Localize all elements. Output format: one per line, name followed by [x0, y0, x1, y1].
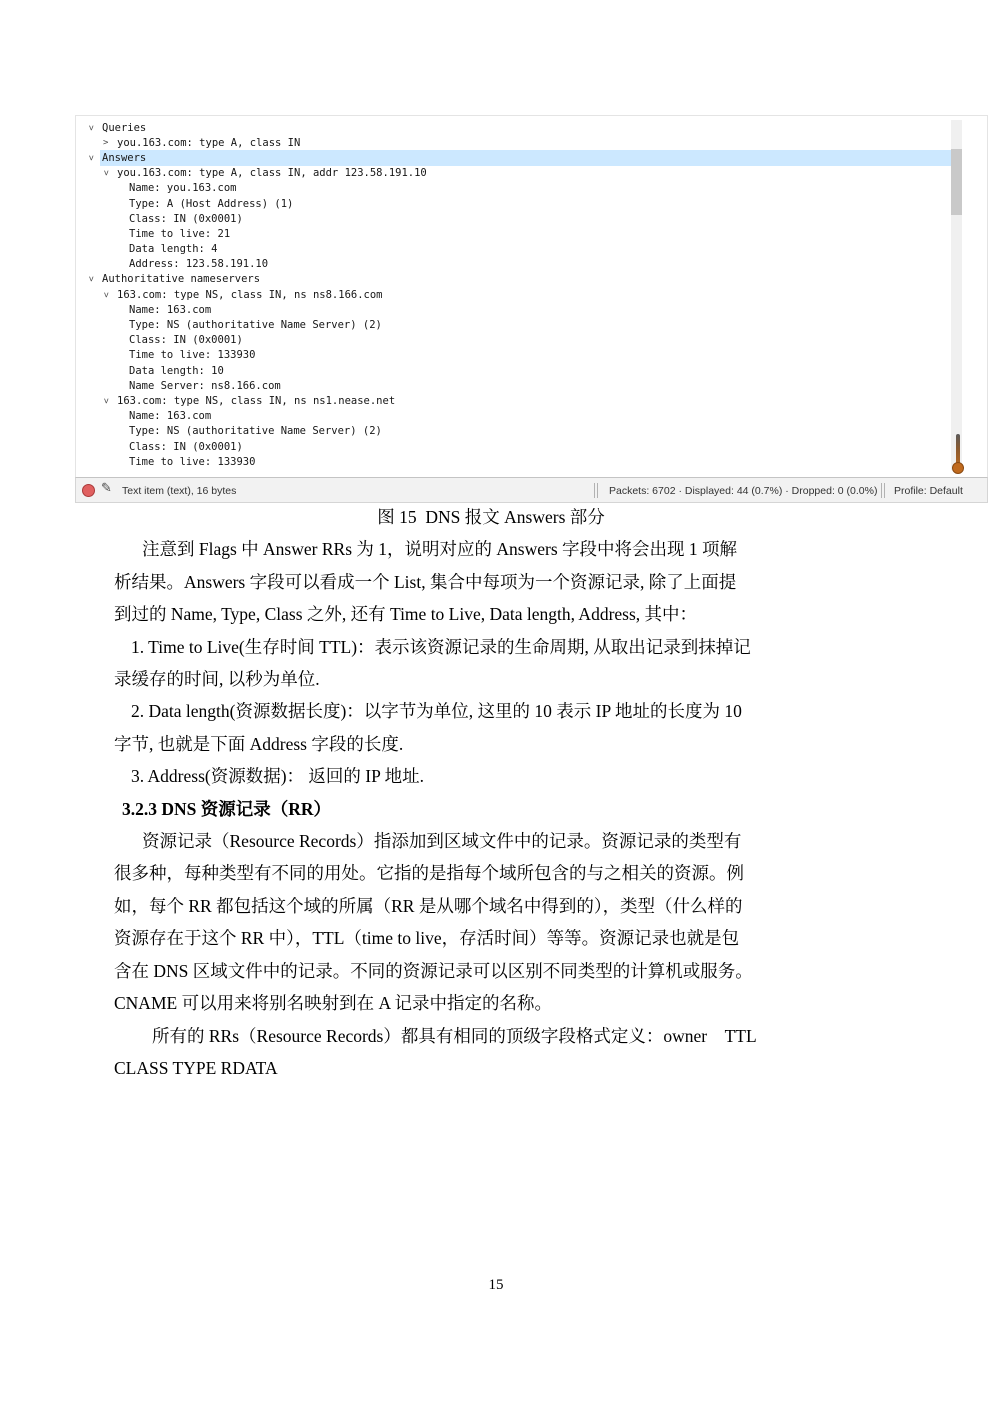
- scrollbar[interactable]: [951, 120, 962, 470]
- body-line: CLASS TYPE RDATA: [114, 1052, 868, 1084]
- tree-item-label: Class: IN (0x0001): [129, 213, 243, 225]
- expander-icon[interactable]: [88, 153, 102, 163]
- tree-row[interactable]: Class: IN (0x0001): [76, 211, 954, 226]
- tree-item-label: Class: IN (0x0001): [129, 334, 243, 346]
- tree-row[interactable]: Queries: [76, 120, 954, 135]
- tree-row[interactable]: Address: 123.58.191.10: [76, 257, 954, 272]
- tree-item-label: you.163.com: type A, class IN, addr 123.…: [117, 167, 427, 179]
- body-line: 含在 DNS 区域文件中的记录。不同的资源记录可以区别不同类型的计算机或服务。: [114, 955, 868, 987]
- tree-item-label: Data length: 10: [129, 365, 224, 377]
- body-line: 资源记录（Resource Records）指添加到区域文件中的记录。资源记录的…: [114, 825, 868, 857]
- tree-row[interactable]: Type: NS (authoritative Name Server) (2): [76, 317, 954, 332]
- body-line: 析结果。Answers 字段可以看成一个 List, 集合中每项为一个资源记录,…: [114, 566, 868, 598]
- body-line: 很多种，每种类型有不同的用处。它指的是指每个域所包含的与之相关的资源。例: [114, 857, 868, 889]
- body-line: 字节, 也就是下面 Address 字段的长度.: [114, 728, 868, 760]
- body-line: 资源存在于这个 RR 中），TTL（time to live，存活时间）等等。资…: [114, 922, 868, 954]
- tree-row[interactable]: Name: 163.com: [76, 302, 954, 317]
- expander-icon[interactable]: [88, 274, 102, 284]
- tree-row[interactable]: Authoritative nameservers: [76, 272, 954, 287]
- packet-detail-tree[interactable]: Queries you.163.com: type A, class IN An…: [75, 115, 988, 477]
- tree-item-label: Data length: 4: [129, 243, 218, 255]
- packets-summary: Packets: 6702 · Displayed: 44 (0.7%) · D…: [609, 485, 877, 497]
- tree-item-label: Time to live: 133930: [129, 349, 255, 361]
- page-number: 15: [0, 1277, 992, 1294]
- tree-row[interactable]: Name: 163.com: [76, 409, 954, 424]
- tree-item-label: Authoritative nameservers: [102, 273, 260, 285]
- tree-item-label: 163.com: type NS, class IN, ns ns1.nease…: [117, 395, 395, 407]
- tree-item-label: 163.com: type NS, class IN, ns ns8.166.c…: [117, 289, 383, 301]
- tree-row[interactable]: Data length: 4: [76, 242, 954, 257]
- tree-row[interactable]: Time to live: 133930: [76, 454, 954, 469]
- figure-caption: 图 15 DNS 报文 Answers 部分: [114, 501, 868, 533]
- tree-item-label: Name: 163.com: [129, 410, 211, 422]
- profile-label[interactable]: Profile: Default: [894, 485, 963, 497]
- status-left-text: Text item (text), 16 bytes: [122, 485, 236, 497]
- tree-row[interactable]: Type: A (Host Address) (1): [76, 196, 954, 211]
- wireshark-panel: Queries you.163.com: type A, class IN An…: [75, 115, 988, 503]
- body-line: 注意到 Flags 中 Answer RRs 为 1，说明对应的 Answers…: [114, 533, 868, 565]
- tree-item-label: Name: you.163.com: [129, 182, 236, 194]
- body-line: 到过的 Name, Type, Class 之外, 还有 Time to Liv…: [114, 598, 868, 630]
- tree-row[interactable]: Type: NS (authoritative Name Server) (2): [76, 424, 954, 439]
- expander-icon[interactable]: [103, 168, 117, 178]
- document-page: Queries you.163.com: type A, class IN An…: [0, 0, 992, 1403]
- tree-row-selected[interactable]: Answers: [76, 150, 954, 165]
- tree-item-label: Type: A (Host Address) (1): [129, 198, 293, 210]
- statusbar-separator: [881, 483, 885, 498]
- scroll-marker-pin-ball: [952, 462, 964, 474]
- body-line: 1. Time to Live(生存时间 TTL)：表示该资源记录的生命周期, …: [114, 631, 868, 663]
- tree-row[interactable]: 163.com: type NS, class IN, ns ns1.nease…: [76, 393, 954, 408]
- tree-row[interactable]: Class: IN (0x0001): [76, 439, 954, 454]
- expert-info-icon[interactable]: [82, 484, 95, 497]
- section-heading: 3.2.3 DNS 资源记录（RR）: [114, 793, 868, 825]
- expander-icon[interactable]: [103, 396, 117, 406]
- body-line: 2. Data length(资源数据长度)：以字节为单位, 这里的 10 表示…: [114, 695, 868, 727]
- tree-row[interactable]: Time to live: 133930: [76, 348, 954, 363]
- tree-row[interactable]: Name: you.163.com: [76, 181, 954, 196]
- expander-icon[interactable]: [103, 138, 117, 148]
- body-line: 所有的 RRs（Resource Records）都具有相同的顶级字段格式定义：…: [114, 1020, 868, 1052]
- tree-item-label: Type: NS (authoritative Name Server) (2): [129, 319, 382, 331]
- tree-item-label: Address: 123.58.191.10: [129, 258, 268, 270]
- tree-row[interactable]: you.163.com: type A, class IN: [76, 135, 954, 150]
- tree-item-label: Time to live: 21: [129, 228, 230, 240]
- scrollbar-thumb[interactable]: [951, 149, 962, 215]
- statusbar-separator: [594, 483, 598, 498]
- tree-item-label: Answers: [102, 152, 146, 164]
- tree-item-label: Time to live: 133930: [129, 456, 255, 468]
- body-line: 如，每个 RR 都包括这个域的所属（RR 是从哪个域名中得到的），类型（什么样的: [114, 890, 868, 922]
- expander-icon[interactable]: [103, 290, 117, 300]
- tree-item-label: Name Server: ns8.166.com: [129, 380, 281, 392]
- tree-row[interactable]: you.163.com: type A, class IN, addr 123.…: [76, 166, 954, 181]
- body-line: 3. Address(资源数据)： 返回的 IP 地址.: [114, 760, 868, 792]
- tree-row[interactable]: 163.com: type NS, class IN, ns ns8.166.c…: [76, 287, 954, 302]
- body-line: CNAME 可以用来将别名映射到在 A 记录中指定的名称。: [114, 987, 868, 1019]
- tree-row[interactable]: Data length: 10: [76, 363, 954, 378]
- tree-item-label: Class: IN (0x0001): [129, 441, 243, 453]
- annotation-pencil-icon[interactable]: ✎: [101, 482, 112, 494]
- status-bar: ✎ Text item (text), 16 bytes Packets: 67…: [75, 477, 988, 503]
- body-line: 录缓存的时间, 以秒为单位.: [114, 663, 868, 695]
- tree-row[interactable]: Name Server: ns8.166.com: [76, 378, 954, 393]
- expander-icon[interactable]: [88, 123, 102, 133]
- tree-item-label: Queries: [102, 122, 146, 134]
- tree-row[interactable]: Class: IN (0x0001): [76, 333, 954, 348]
- tree-row[interactable]: Time to live: 21: [76, 226, 954, 241]
- document-body: 图 15 DNS 报文 Answers 部分 注意到 Flags 中 Answe…: [114, 501, 868, 1084]
- tree-item-label: you.163.com: type A, class IN: [117, 137, 300, 149]
- tree-item-label: Type: NS (authoritative Name Server) (2): [129, 425, 382, 437]
- tree-item-label: Name: 163.com: [129, 304, 211, 316]
